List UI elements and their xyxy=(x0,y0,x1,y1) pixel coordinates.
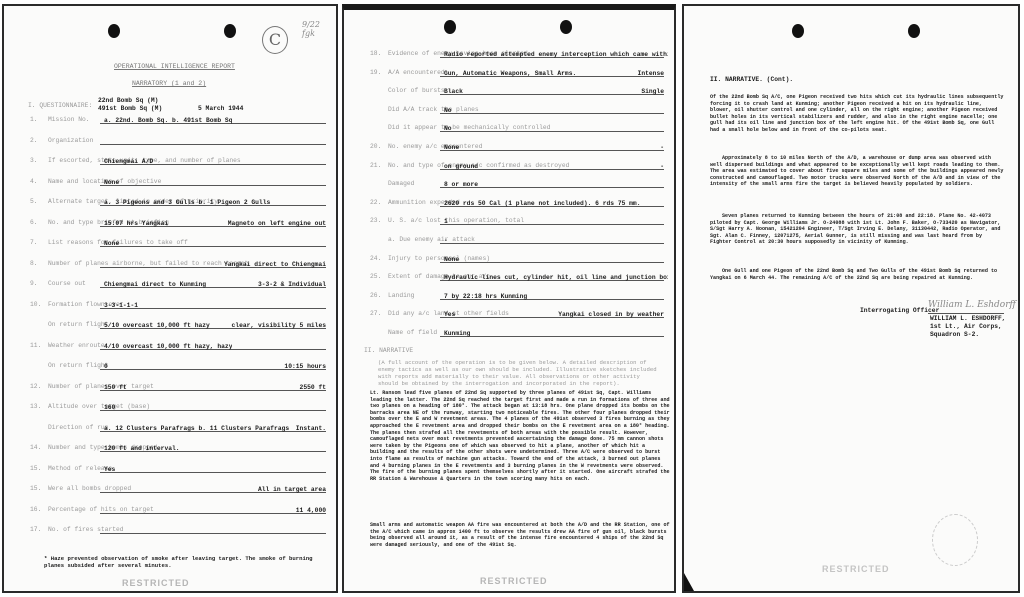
item-value: Black xyxy=(444,88,463,95)
narrative-instructions: (A full account of the operation is to b… xyxy=(378,360,658,388)
item-number: 11. xyxy=(30,342,41,349)
item-number: 13. xyxy=(30,403,41,410)
item-value: 120 ft and interval. xyxy=(104,445,180,452)
unit-491st: 491st Bomb Sq (M) xyxy=(98,105,162,112)
fill-line xyxy=(440,243,664,244)
form-item-row: Color of burstsBlackSingle xyxy=(344,87,676,106)
item-number: 18. xyxy=(370,50,381,57)
form-item-row: 22.Ammunition expended2620 rds 50 Cal (1… xyxy=(344,199,676,218)
item-extra-value: All in target area xyxy=(258,486,326,493)
item-value: 15:07 hrs Yangkai xyxy=(104,220,168,227)
item-number: 26. xyxy=(370,292,381,299)
item-extra-value: Instant. xyxy=(296,425,326,432)
item-number: 20. xyxy=(370,143,381,150)
item-value: Kunming xyxy=(444,330,470,337)
form-item-row: 12.Number of planes over target150 ft255… xyxy=(4,383,338,404)
item-value: Hydraulic lines cut, cylinder hit, oil l… xyxy=(444,274,668,281)
punch-hole xyxy=(108,24,120,38)
item-label: A/A encountered xyxy=(388,69,445,76)
form-item-row: Damaged8 or more xyxy=(344,180,676,199)
form-item-row: 4.Name and location of objectiveNone xyxy=(4,178,338,199)
fill-line xyxy=(440,336,664,337)
form-item-row: Name of fieldKunming xyxy=(344,329,676,348)
item-value: 2620 rds 50 Cal (1 plane not included). … xyxy=(444,200,641,207)
item-extra-value: 11 4,000 xyxy=(296,507,326,514)
item-label: U. S. a/c lost this operation, total xyxy=(388,217,524,224)
item-label: Number of planes airborne, but failed to… xyxy=(48,260,248,267)
item-value: 150 ft xyxy=(104,384,127,391)
item-label: No. of fires started xyxy=(48,526,124,533)
item-value: 1 xyxy=(444,218,448,225)
form-item-row: 15.Method of releaseYes xyxy=(4,465,338,486)
narrative-heading: II. NARRATIVE xyxy=(364,347,413,354)
item-value: 0 xyxy=(104,363,108,370)
report-page-3: II. NARRATIVE. (Cont). Of the 22nd Bomb … xyxy=(682,4,1020,593)
fill-line xyxy=(440,131,664,132)
item-number: 15. xyxy=(30,465,41,472)
restricted-stamp: RESTRICTED xyxy=(822,564,890,574)
item-number: 6. xyxy=(30,219,38,226)
form-item-row: 15.Were all bombs droppedAll in target a… xyxy=(4,485,338,506)
form-item-row: 6.No. and type briefed at briefing15:07 … xyxy=(4,219,338,240)
form-item-row: 10.Formation flown over3-3-1-1-1 xyxy=(4,301,338,322)
item-label: Altitude over target (base) xyxy=(48,403,150,410)
item-value: Gun, Automatic Weapons, Small Arms. xyxy=(444,70,576,77)
item-value: Chiengmai direct to Kunming xyxy=(104,281,206,288)
item-number: 21. xyxy=(370,162,381,169)
narrative-paragraph: Small arms and automatic weapon AA fire … xyxy=(370,522,670,548)
fill-line xyxy=(440,224,664,225)
unit-22nd: 22nd Bomb Sq (M) xyxy=(98,97,158,104)
form-item-row: 24.Injury to personnel (names)None xyxy=(344,255,676,274)
handwritten-circle-mark: C xyxy=(262,26,288,54)
fill-line xyxy=(100,513,326,514)
form-item-row: 5.Alternate target, listed in order of p… xyxy=(4,198,338,219)
item-value: 5/10 overcast 10,000 ft hazy xyxy=(104,322,210,329)
item-number: 2. xyxy=(30,137,38,144)
report-date: 5 March 1944 xyxy=(198,105,243,112)
item-extra-value: clear, visibility 5 miles xyxy=(232,322,326,329)
fill-line xyxy=(100,533,326,534)
handwritten-note: 9/22 fgk xyxy=(302,20,332,38)
item-label: Method of release xyxy=(48,465,112,472)
form-item-row: 25.Extent of damage to our a/cHydraulic … xyxy=(344,273,676,292)
item-value: None xyxy=(104,240,119,247)
item-label: No. and type of enemy a/c confirmed as d… xyxy=(388,162,569,169)
item-extra-value: 2550 ft xyxy=(300,384,326,391)
item-extra-value: - xyxy=(660,163,664,170)
narrative-paragraph: Lt. Ransom lead five planes of 22nd Sq s… xyxy=(370,390,670,482)
narrative-paragraph: Of the 22nd Bomb Sq A/C, one Pigeon rece… xyxy=(710,94,1006,134)
fill-line xyxy=(100,144,326,145)
form-item-row: 23.U. S. a/c lost this operation, total1 xyxy=(344,217,676,236)
form-item-row: 18.Evidence of enemy having been alerted… xyxy=(344,50,676,69)
item-value: 4/10 overcast 10,000 ft hazy, hazy xyxy=(104,343,232,350)
item-value: 8 or more xyxy=(444,181,478,188)
fill-line xyxy=(440,113,664,114)
item-extra-value: 10:15 hours xyxy=(284,363,326,370)
item-number: 7. xyxy=(30,239,38,246)
form-item-row: 9.Course outChiengmai direct to Kunming3… xyxy=(4,280,338,301)
item-value: No xyxy=(444,107,452,114)
restricted-stamp: RESTRICTED xyxy=(480,576,548,586)
item-value: - xyxy=(444,237,448,244)
item-label: Were all bombs dropped xyxy=(48,485,131,492)
item-number: 14. xyxy=(30,444,41,451)
item-number: 4. xyxy=(30,178,38,185)
form-item-row: 3.If escorted, state unit, type, and num… xyxy=(4,157,338,178)
fill-line xyxy=(440,150,664,151)
form-item-row: a. Due enemy air attack- xyxy=(344,236,676,255)
item-value: a. 22nd. Bomb Sq. b. 491st Bomb Sq xyxy=(104,117,232,124)
item-value: No xyxy=(444,125,452,132)
item-number: 12. xyxy=(30,383,41,390)
fill-line xyxy=(440,94,664,95)
scan-corner-mark xyxy=(684,573,694,591)
signer-unit: Squadron S-2. xyxy=(930,331,979,338)
item-label: Damaged xyxy=(388,180,414,187)
item-number: 27. xyxy=(370,310,381,317)
item-label: Did A/A track the planes xyxy=(388,106,479,113)
item-value: Radio reported attempted enemy intercept… xyxy=(444,51,668,58)
item-label: On return flight xyxy=(48,321,108,328)
item-extra-value: Intense xyxy=(638,70,664,77)
item-number: 3. xyxy=(30,157,38,164)
item-label: Did it appear to be mechanically control… xyxy=(388,124,551,131)
item-extra-value: Yangkai direct to Chiengmai xyxy=(224,261,326,268)
item-value: None xyxy=(104,179,119,186)
item-label: Direction of run xyxy=(48,424,108,431)
questionnaire-label: I. QUESTIONNAIRE: xyxy=(28,102,92,109)
form-item-row: 27.Did any a/c land at other fieldsYesYa… xyxy=(344,310,676,329)
form-item-row: 26.Landing7 by 22:18 hrs Kunming xyxy=(344,292,676,311)
punch-hole xyxy=(560,20,572,34)
item-label: On return flight xyxy=(48,362,108,369)
report-page-1: C 9/22 fgk OPERATIONAL INTELLIGENCE REPO… xyxy=(2,4,338,593)
form-item-row: 14.Number and type bombs dropped120 ft a… xyxy=(4,444,338,465)
form-item-row: 20.No. enemy a/c encounteredNone- xyxy=(344,143,676,162)
handwritten-signature: William L. Eshdorff xyxy=(928,300,1016,310)
punch-hole xyxy=(908,24,920,38)
item-value: Yes xyxy=(444,311,455,318)
fill-line xyxy=(100,185,326,186)
item-value: on ground xyxy=(444,163,478,170)
item-number: 23. xyxy=(370,217,381,224)
report-title: OPERATIONAL INTELLIGENCE REPORT xyxy=(114,63,235,70)
item-number: 16. xyxy=(30,506,41,513)
faded-seal xyxy=(932,514,978,566)
fill-line xyxy=(100,246,326,247)
form-item-row: 8.Number of planes airborne, but failed … xyxy=(4,260,338,281)
fill-line xyxy=(100,472,326,473)
form-item-row: 11.Weather enroute4/10 overcast 10,000 f… xyxy=(4,342,338,363)
item-number: 25. xyxy=(370,273,381,280)
item-extra-value: Single xyxy=(641,88,664,95)
item-label: Number of planes over target xyxy=(48,383,154,390)
item-value: Yes xyxy=(104,466,115,473)
item-number: 24. xyxy=(370,255,381,262)
item-value: a. 12 Clusters Parafrags b. 11 Clusters … xyxy=(104,425,289,432)
item-number: 9. xyxy=(30,280,38,287)
form-item-row: Did A/A track the planesNo xyxy=(344,106,676,125)
footnote: * Haze prevented observation of smoke af… xyxy=(44,556,334,570)
item-value: None xyxy=(444,144,459,151)
form-item-row: 16.Percentage of hits on target11 4,000 xyxy=(4,506,338,527)
item-number: 15. xyxy=(30,485,41,492)
punch-hole xyxy=(224,24,236,38)
narrative-paragraph: Seven planes returned to Kunming between… xyxy=(710,213,1006,246)
item-value: 7 by 22:18 hrs Kunming xyxy=(444,293,527,300)
form-item-row: Did it appear to be mechanically control… xyxy=(344,124,676,143)
punch-hole xyxy=(444,20,456,34)
form-item-row: 13.Altitude over target (base)160 xyxy=(4,403,338,424)
form-item-row: Direction of runa. 12 Clusters Parafrags… xyxy=(4,424,338,445)
item-number: 17. xyxy=(30,526,41,533)
restricted-stamp: RESTRICTED xyxy=(122,578,190,588)
narrative-continued-heading: II. NARRATIVE. (Cont). xyxy=(710,76,793,83)
item-extra-value: Magneto on left engine out xyxy=(228,220,326,227)
item-label: Injury to personnel (names) xyxy=(388,255,490,262)
item-label: Landing xyxy=(388,292,414,299)
item-number: 1. xyxy=(30,116,38,123)
report-subtitle: NARRATORY (1 and 2) xyxy=(132,80,206,87)
item-label: Mission No. xyxy=(48,116,90,123)
form-item-row: 17.No. of fires started xyxy=(4,526,338,547)
narrative-paragraph: Approximately 8 to 10 miles North of the… xyxy=(710,155,1006,188)
item-label: Color of bursts xyxy=(388,87,445,94)
item-label: Percentage of hits on target xyxy=(48,506,154,513)
form-item-row: 19.A/A encounteredGun, Automatic Weapons… xyxy=(344,69,676,88)
item-label: Name of field xyxy=(388,329,437,336)
item-label: Organization xyxy=(48,137,93,144)
signer-name: WILLIAM L. ESHDORFF, xyxy=(930,315,1006,322)
item-label: Weather enroute xyxy=(48,342,105,349)
form-item-row: 7.List reasons for failures to take offN… xyxy=(4,239,338,260)
narrative-paragraph: One Gull and one Pigeon of the 22nd Bomb… xyxy=(710,268,1006,281)
item-value: None xyxy=(444,256,459,263)
item-value: Chiengmai A/D xyxy=(104,158,153,165)
item-value: 3-3-1-1-1 xyxy=(104,302,138,309)
signer-rank: 1st Lt., Air Corps, xyxy=(930,323,1002,330)
item-label: a. Due enemy air attack xyxy=(388,236,475,243)
item-number: 22. xyxy=(370,199,381,206)
item-number: 19. xyxy=(370,69,381,76)
fill-line xyxy=(100,410,326,411)
report-page-2: 18.Evidence of enemy having been alerted… xyxy=(342,4,676,593)
item-label: Course out xyxy=(48,280,86,287)
item-number: 10. xyxy=(30,301,41,308)
item-value: 160 xyxy=(104,404,115,411)
form-item-row: On return flight5/10 overcast 10,000 ft … xyxy=(4,321,338,342)
form-item-row: On return flight010:15 hours xyxy=(4,362,338,383)
item-extra-value: 3-3-2 & Individual xyxy=(258,281,326,288)
fill-line xyxy=(440,262,664,263)
item-value: a. 3 Pigeons and 3 Gulls b. 1 Pigeon 2 G… xyxy=(104,199,270,206)
form-item-row: 1.Mission No.a. 22nd. Bomb Sq. b. 491st … xyxy=(4,116,338,137)
form-item-row: 2.Organization xyxy=(4,137,338,158)
punch-hole xyxy=(792,24,804,38)
item-extra-value: Yangkai closed in by weather xyxy=(558,311,664,318)
form-item-row: 21.No. and type of enemy a/c confirmed a… xyxy=(344,162,676,181)
signature-line xyxy=(928,313,1004,314)
item-extra-value: - xyxy=(660,144,664,151)
item-label: No. enemy a/c encountered xyxy=(388,143,482,150)
item-number: 5. xyxy=(30,198,38,205)
item-number: 8. xyxy=(30,260,38,267)
fill-line xyxy=(100,390,326,391)
